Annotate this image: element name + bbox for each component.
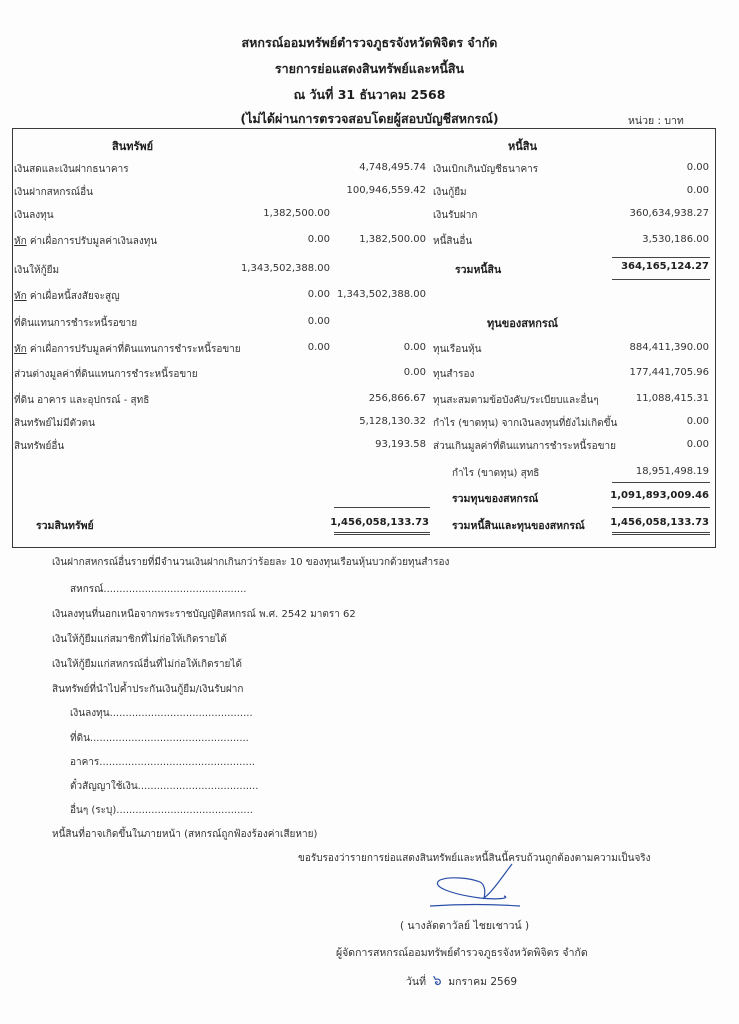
liabilities-total-rule <box>612 279 710 280</box>
signature-date: วันที่ ๖ มกราคม 2569 <box>406 970 517 992</box>
note-item: อื่นๆ (ระบุ)............................… <box>70 803 253 818</box>
liability-row-value: 0.00 <box>687 185 709 196</box>
asset-row-label: หัก ค่าเผื่อหนี้สงสัยจะสูญ <box>14 289 120 304</box>
asset-row-value: 100,946,559.42 <box>346 185 426 196</box>
assets-total-double-rule <box>334 532 430 535</box>
equity-row-label: ทุนสะสมตามข้อบังคับ/ระเบียบและอื่นๆ <box>433 393 599 408</box>
assets-subtotal-rule <box>334 507 430 508</box>
deduct-prefix: หัก <box>14 291 27 302</box>
asset-row-subvalue: 0.00 <box>308 289 330 300</box>
liability-row-value: 360,634,938.27 <box>629 208 709 219</box>
grand-total-double-rule <box>612 532 710 535</box>
equity-row-label: กำไร (ขาดทุน) สุทธิ <box>452 466 539 481</box>
assets-total-label: รวมสินทรัพย์ <box>36 517 94 534</box>
note-item: หนี้สินที่อาจเกิดขึ้นในภายหน้า (สหกรณ์ถู… <box>52 827 317 842</box>
date-rest: มกราคม 2569 <box>448 976 517 988</box>
liabilities-heading: หนี้สิน <box>508 137 537 155</box>
note-item: สหกรณ์..................................… <box>70 582 246 597</box>
liability-row-value: 0.00 <box>687 162 709 173</box>
asset-row-value: 4,748,495.74 <box>359 162 426 173</box>
signature-icon <box>420 860 530 912</box>
equity-total-value: 1,091,893,009.46 <box>610 490 709 501</box>
asset-row-value: 5,128,130.32 <box>359 416 426 427</box>
asset-row-label: ที่ดิน อาคาร และอุปกรณ์ - สุทธิ <box>14 393 149 408</box>
liabilities-total-label: รวมหนี้สิน <box>455 261 501 278</box>
report-title: รายการย่อแสดงสินทรัพย์และหนี้สิน <box>0 59 739 79</box>
assets-heading: สินทรัพย์ <box>112 137 153 155</box>
organization-name: สหกรณ์ออมทรัพย์ตำรวจภูธรจังหวัดพิจิตร จำ… <box>0 33 739 53</box>
equity-subtotal-rule <box>612 482 710 483</box>
asset-row-value: 0.00 <box>404 342 426 353</box>
liability-row-label: เงินกู้ยืม <box>433 185 467 200</box>
asset-row-value: 1,343,502,388.00 <box>337 289 426 300</box>
liability-row-label: หนี้สินอื่น <box>433 234 472 249</box>
equity-row-value: 18,951,498.19 <box>636 466 709 477</box>
note-item: เงินให้กู้ยืมแก่สหกรณ์อื่นที่ไม่ก่อให้เก… <box>52 657 242 672</box>
liabilities-total-value: 364,165,124.27 <box>621 261 709 272</box>
signatory-title: ผู้จัดการสหกรณ์ออมทรัพย์ตำรวจภูธรจังหวัด… <box>336 944 588 961</box>
liability-row-value: 3,530,186.00 <box>642 234 709 245</box>
equity-row-value: 0.00 <box>687 416 709 427</box>
asset-row-label: เงินฝากสหกรณ์อื่น <box>14 185 93 200</box>
grand-total-label: รวมหนี้สินและทุนของสหกรณ์ <box>452 517 585 534</box>
asset-row-subvalue: 0.00 <box>308 342 330 353</box>
equity-row-value: 11,088,415.31 <box>636 393 709 404</box>
deduct-prefix: หัก <box>14 236 27 247</box>
equity-row-label: ส่วนเกินมูลค่าที่ดินแทนการชำระหนี้รอขาย <box>433 439 616 454</box>
asset-row-subvalue: 1,382,500.00 <box>263 208 330 219</box>
equity-row-label: กำไร (ขาดทุน) จากเงินลงทุนที่ยังไม่เกิดข… <box>433 416 617 431</box>
liability-row-label: เงินรับฝาก <box>433 208 477 223</box>
asset-row-label: สินทรัพย์ไม่มีตัวตน <box>14 416 95 431</box>
equity-total-rule <box>612 507 710 508</box>
signatory-name: ( นางลัดดาวัลย์ ไชยเชาวน์ ) <box>400 917 529 934</box>
assets-total-value: 1,456,058,133.73 <box>330 517 429 528</box>
asset-row-subvalue: 1,343,502,388.00 <box>241 263 330 274</box>
note-item: เงินลงทุน...............................… <box>70 706 253 721</box>
asset-row-label: เงินสดและเงินฝากธนาคาร <box>14 162 129 177</box>
date-prefix: วันที่ <box>406 976 426 988</box>
asset-row-label: เงินลงทุน <box>14 208 54 223</box>
equity-row-value: 177,441,705.96 <box>629 367 709 378</box>
note-item: เงินให้กู้ยืมแก่สมาชิกที่ไม่ก่อให้เกิดรา… <box>52 632 227 647</box>
equity-row-label: ทุนเรือนหุ้น <box>433 342 482 357</box>
equity-total-label: รวมทุนของสหกรณ์ <box>452 490 538 507</box>
asset-row-subvalue: 0.00 <box>308 316 330 327</box>
equity-row-value: 884,411,390.00 <box>629 342 709 353</box>
asset-row-value: 93,193.58 <box>375 439 426 450</box>
note-item: เงินลงทุนที่นอกเหนือจากพระราชบัญญัติสหกร… <box>52 607 356 622</box>
note-item: ตั๋วสัญญาใช้เงิน........................… <box>70 779 258 794</box>
liability-row-label: เงินเบิกเกินบัญชีธนาคาร <box>433 162 538 177</box>
liabilities-subtotal-rule <box>612 257 710 258</box>
grand-total-value: 1,456,058,133.73 <box>610 517 709 528</box>
asset-row-value: 1,382,500.00 <box>359 234 426 245</box>
currency-unit: หน่วย : บาท <box>628 112 684 129</box>
asset-row-label: หัก ค่าเผื่อการปรับมูลค่าที่ดินแทนการชำร… <box>14 342 241 357</box>
asset-row-label: เงินให้กู้ยืม <box>14 263 59 278</box>
note-item: สินทรัพย์ที่นำไปค้ำประกันเงินกู้ยืม/เงิน… <box>52 682 243 697</box>
asset-row-subvalue: 0.00 <box>308 234 330 245</box>
asset-row-label: หัก ค่าเผื่อการปรับมูลค่าเงินลงทุน <box>14 234 157 249</box>
note-item: ที่ดิน..................................… <box>70 731 249 746</box>
asset-row-value: 0.00 <box>404 367 426 378</box>
equity-heading: ทุนของสหกรณ์ <box>487 314 558 332</box>
equity-row-label: ทุนสำรอง <box>433 367 474 382</box>
note-item: เงินฝากสหกรณ์อื่นรายที่มีจำนวนเงินฝากเกิ… <box>52 555 449 570</box>
asset-row-label: ส่วนต่างมูลค่าที่ดินแทนการชำระหนี้รอขาย <box>14 367 198 382</box>
report-date: ณ วันที่ 31 ธันวาคม 2568 <box>0 85 739 105</box>
note-item: อาคาร...................................… <box>70 755 255 770</box>
asset-row-label: ที่ดินแทนการชำระหนี้รอขาย <box>14 316 137 331</box>
deduct-prefix: หัก <box>14 344 27 355</box>
date-day-handwritten: ๖ <box>433 973 442 989</box>
asset-row-label: สินทรัพย์อื่น <box>14 439 64 454</box>
asset-row-value: 256,866.67 <box>369 393 426 404</box>
equity-row-value: 0.00 <box>687 439 709 450</box>
